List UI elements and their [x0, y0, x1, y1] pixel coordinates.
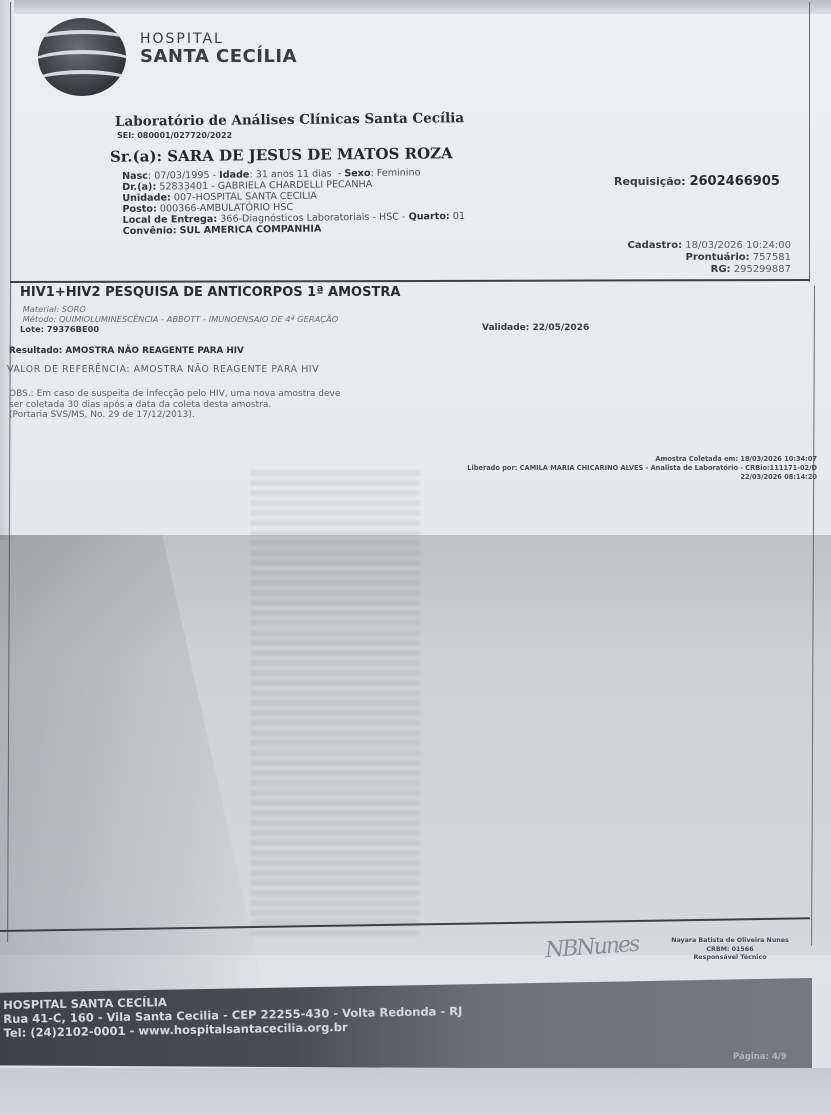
- rg-label: RG:: [711, 264, 731, 275]
- sei-number: SEI: 080001/027720/2022: [117, 131, 232, 140]
- validade: Validade: 22/05/2026: [482, 323, 589, 333]
- page-number: Página: 4/9: [733, 1052, 787, 1062]
- idade-value: 31 anos 11 dias: [256, 168, 332, 180]
- unidade-value: 007-HOSPITAL SANTA CECILIA: [174, 191, 317, 204]
- footer-address: HOSPITAL SANTA CECÍLIA Rua 41-C, 160 - V…: [3, 990, 463, 1040]
- doctor-label: Dr.(a):: [122, 182, 156, 193]
- unidade-label: Unidade:: [122, 192, 171, 204]
- quarto-label: Quarto:: [408, 211, 449, 223]
- cadastro-label: Cadastro:: [628, 240, 683, 251]
- registration-info: Cadastro: 18/03/2026 10:24:00 Prontuário…: [628, 240, 791, 276]
- obs-line: (Portaria SVS/MS, No. 29 de 17/12/2013).: [9, 410, 449, 421]
- validade-value: 22/05/2026: [533, 323, 590, 333]
- convenio-label: Convênio:: [123, 225, 177, 237]
- quarto-value: 01: [453, 211, 465, 222]
- lote-value: 79376BE00: [47, 324, 99, 334]
- technician-crbm: CRBM: 01566: [650, 946, 810, 955]
- release-info: Amostra Coletada em: 18/03/2026 10:34:07…: [467, 455, 817, 482]
- collected-label: Amostra Coletada em:: [655, 455, 738, 463]
- paper-bottom-margin: [0, 1068, 831, 1115]
- reference-value: VALOR DE REFERÊNCIA: AMOSTRA NÃO REAGENT…: [7, 364, 319, 375]
- prontuario-value: 757581: [753, 252, 791, 263]
- cadastro-value: 18/03/2026 10:24:00: [685, 240, 791, 251]
- technician-role: Responsável Técnico: [650, 954, 810, 963]
- nasc-label: Nasc: [122, 171, 148, 182]
- requisition: Requisição: 2602466905: [614, 174, 780, 189]
- released-by-label: Liberado por:: [467, 464, 517, 472]
- report-frame-lower: [7, 282, 815, 946]
- logo-wave: [38, 70, 126, 96]
- exam-method-info: Material: SORO Método: QUIMIOLUMINESCÊNC…: [20, 304, 338, 334]
- obs-line: OBS.: Em caso de suspeita de infecção pe…: [9, 389, 449, 400]
- released-by-value: CAMILA MARIA CHICARINO ALVES - Analista …: [520, 464, 817, 472]
- nasc-value: 07/03/1995: [154, 170, 209, 182]
- metodo-row: Método: QUIMIOLUMINESCÊNCIA - ABBOTT - I…: [20, 314, 338, 324]
- hospital-logo-icon: [38, 18, 126, 96]
- sexo-label: Sexo: [344, 168, 370, 179]
- material-row: Material: SORO: [20, 304, 338, 314]
- result-value: AMOSTRA NÃO REAGENTE PARA HIV: [65, 346, 244, 356]
- material-label: Material:: [23, 304, 60, 314]
- rg-value: 295299887: [734, 264, 791, 275]
- result-label: Resultado:: [9, 346, 62, 356]
- idade-label: Idade: [219, 169, 249, 180]
- convenio-value: SUL AMERICA COMPANHIA: [180, 224, 322, 237]
- released-datetime: 22/03/2026 08:14:20: [467, 473, 817, 482]
- patient-name: Sr.(a): SARA DE JESUS DE MATOS ROZA: [110, 144, 453, 166]
- technician-name: Nayara Batista de Oliveira Nunes: [650, 937, 810, 946]
- lote-label: Lote:: [20, 324, 44, 334]
- prontuario-label: Prontuário:: [685, 252, 749, 263]
- posto-label: Posto:: [122, 204, 156, 215]
- validade-label: Validade:: [482, 323, 529, 333]
- collected-row: Amostra Coletada em: 18/03/2026 10:34:07: [467, 455, 817, 464]
- metodo-value: QUIMIOLUMINESCÊNCIA - ABBOTT - IMUNOENSA…: [59, 314, 338, 324]
- exam-title: HIV1+HIV2 PESQUISA DE ANTICORPOS 1ª AMOS…: [20, 285, 400, 300]
- obs-line: ser coletada 30 dias após a data da cole…: [9, 400, 449, 411]
- material-value: SORO: [62, 304, 86, 314]
- requisition-number: 2602466905: [689, 174, 779, 189]
- lote-row: Lote: 79376BE00: [20, 324, 338, 334]
- responsible-technician: Nayara Batista de Oliveira Nunes CRBM: 0…: [650, 937, 810, 963]
- brand-line-2: SANTA CECÍLIA: [140, 47, 297, 67]
- metodo-label: Método:: [23, 314, 57, 324]
- observation-note: OBS.: Em caso de suspeita de infecção pe…: [9, 389, 449, 421]
- requisition-label: Requisição:: [614, 175, 686, 188]
- collected-value: 18/03/2026 10:34:07: [740, 455, 817, 463]
- prontuario-row: Prontuário: 757581: [628, 252, 791, 264]
- rg-row: RG: 295299887: [628, 264, 791, 276]
- cadastro-row: Cadastro: 18/03/2026 10:24:00: [628, 240, 791, 252]
- hospital-brand: HOSPITAL SANTA CECÍLIA: [140, 32, 297, 67]
- exam-result: Resultado: AMOSTRA NÃO REAGENTE PARA HIV: [9, 346, 244, 356]
- patient-info: Nasc: 07/03/1995 - Idade: 31 anos 11 dia…: [122, 167, 465, 237]
- sexo-value: Feminino: [377, 167, 421, 179]
- released-by-row: Liberado por: CAMILA MARIA CHICARINO ALV…: [467, 464, 817, 473]
